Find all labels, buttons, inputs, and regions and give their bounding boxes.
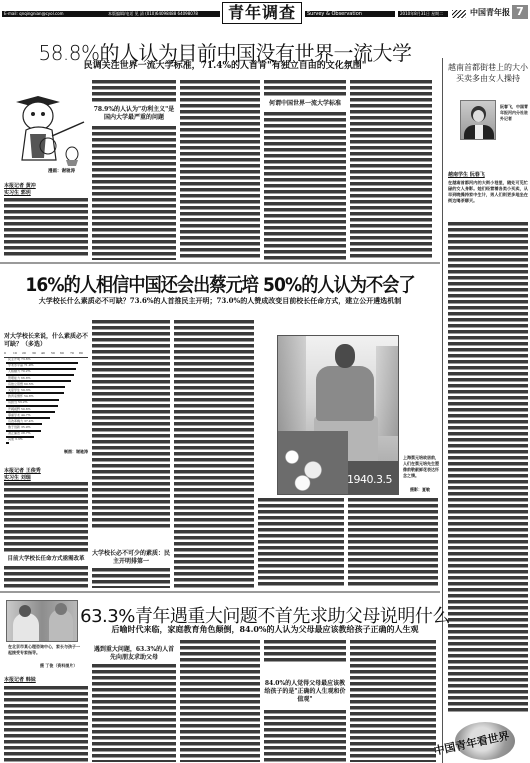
story3-photo-credit: 摄 丁俊（资料图片） <box>40 663 90 669</box>
chart-bar <box>6 442 9 444</box>
chart-source: 制图：谢驰涛 <box>4 449 88 455</box>
section-english: Survey & Observation <box>307 10 362 18</box>
story2-byline: 本报记者 王俊秀 <box>4 467 41 474</box>
story2-col3-text <box>174 320 254 588</box>
story3-subhead-a: 遇到重大问题，63.3%的人首先向朋友求助父母 <box>92 646 176 662</box>
chart-title: 对大学校长来说，什么素质必不可缺？（多选） <box>4 333 88 349</box>
story1-col4-text-a <box>264 80 346 96</box>
cai-yuanpei-statue-photo: 1940.3.5 <box>277 335 399 495</box>
story2-col5-text <box>348 498 438 588</box>
graduate-cartoon-icon <box>8 88 88 168</box>
story1-byline2: 实习生 郭玥 <box>4 189 31 196</box>
story3-photo-caption: 在北京市某心理咨询中心，家长与孩子一起接受专家指导。 <box>8 644 80 662</box>
section-title: 青年调查 <box>222 2 302 24</box>
story3-col2-text <box>92 664 176 762</box>
story3-subhead-b: 84.0%的人觉得父母最应该教给孩子的是"正确的人生观和价值观" <box>264 680 346 704</box>
sidebar-divider <box>442 58 443 763</box>
story3-lead-text: 调查显示，63.3%的青年遇到重大问题时不会首先求助父母，而是向朋友寻求帮助。后… <box>4 686 88 762</box>
story1-byline: 本报记者 黄冲 <box>4 182 36 189</box>
sidebar-photo-caption: 阮春飞，中国青年报河内分社驻外记者 <box>500 104 528 134</box>
story2-subhead-b: 目前大学校长任命方式亟需改革 <box>4 555 88 563</box>
sidebar-headline: 越南首都街巷上的大小买卖多由女人操持 <box>448 62 528 84</box>
survey-bar-chart: 对大学校长来说，什么素质必不可缺？（多选） 0 10 20 30 40 50 6… <box>4 333 88 458</box>
cartoon-illustration <box>8 88 88 168</box>
story3-col4-text-b <box>264 710 346 762</box>
story3-col3-text <box>180 640 260 762</box>
story1-col4-text-b <box>264 112 346 260</box>
story1-col5-text <box>350 80 432 260</box>
story2-headline: 16%的人相信中国还会出蔡元培 50%的人认为不会了 <box>22 270 418 297</box>
masthead-email: E-mail: qnqingnian@cyol.com <box>4 10 64 18</box>
section-divider-2 <box>0 591 440 593</box>
sidebar-body-text <box>448 222 528 712</box>
sidebar-lead: 在越南首都河内的大街小巷里，随处可见忙碌的女人身影。她们经营着各类小买卖，从早到… <box>448 180 528 220</box>
page-number: 7 <box>512 5 528 19</box>
story2-lead-text: 蔡元培先生曾任北京大学校长，倡导思想自由、兼容并包。调查显示，16%的人相信中国… <box>4 482 88 552</box>
story1-col3-text <box>180 80 260 260</box>
newspaper-logo: 中国青年报 <box>470 7 510 18</box>
story2-col2-text-b <box>92 568 170 588</box>
sidebar-portrait <box>460 100 496 140</box>
issue-date: 2010年8月31日 星期二 <box>400 10 443 18</box>
story2-subheadline: 大学校长什么素质必不可缺？73.6%的人首推民主开明；73.0%的人赞成改变目前… <box>0 296 440 306</box>
cartoon-credit: 漫画：谢驰涛 <box>48 168 75 174</box>
story1-col2-text-a <box>92 80 176 102</box>
statue-photo-credit: 摄影：夏敏 <box>410 487 440 493</box>
story2-byline2: 实习生 刘瑞 <box>4 474 31 481</box>
story2-col2-text <box>92 320 170 530</box>
story1-subhead-b: 何谓中国世界一流大学标准 <box>264 100 346 108</box>
story3-col5-text <box>350 640 436 762</box>
statue-photo-caption: 上海蔡元培故居前，人们在蔡元培先生塑像前敬献鲜花表达怀念之情。 <box>403 455 439 485</box>
story3-subheadline: 后喻时代来临，家庭教育角色颠倒，84.0%的人认为父母最应该教给孩子正确的人生观 <box>60 624 470 635</box>
chart-bars: 民主开明 73.6%学术水平高 71.9%人格魅力 70.2%管理能力 66.8… <box>4 358 88 445</box>
story2-col4-text <box>258 498 344 588</box>
story1-subhead-a: 78.9%的人认为"功利主义"是国内大学最严重的问题 <box>92 106 176 122</box>
stripes-icon <box>452 10 466 18</box>
photo-date-stamp: 1940.3.5 <box>347 473 392 486</box>
chart-bar-row: 其他 3.3% <box>4 438 88 444</box>
story2-subhead-a: 大学校长必不可少的素质：民主开明排第一 <box>92 550 170 566</box>
story2-col1-text-b <box>4 566 88 588</box>
story3-byline: 本报记者 韩妹 <box>4 676 36 683</box>
story1-subheadline: 民调关注世界一流大学标准，71.4%的人首肯"有独立自由的文化氛围" <box>20 58 430 71</box>
masthead-editor: 本版编辑/电话 见 清 (010)64098488 64098078 <box>108 10 198 18</box>
chart-bar-label: 其他 3.3% <box>8 438 23 442</box>
sidebar-byline: 越南学生 阮春飞 <box>448 171 485 178</box>
story1-lead-text: 据中国青年报社会调查中心通过民意中国网和新浪网，对1530人进行的一项调查显示，… <box>4 198 88 258</box>
masthead: E-mail: qnqingnian@cyol.com 本版编辑/电话 见 清 … <box>0 8 530 20</box>
story1-col2-text-b <box>92 126 176 260</box>
story3-col4-text-a <box>264 640 346 662</box>
section-divider <box>0 262 440 264</box>
